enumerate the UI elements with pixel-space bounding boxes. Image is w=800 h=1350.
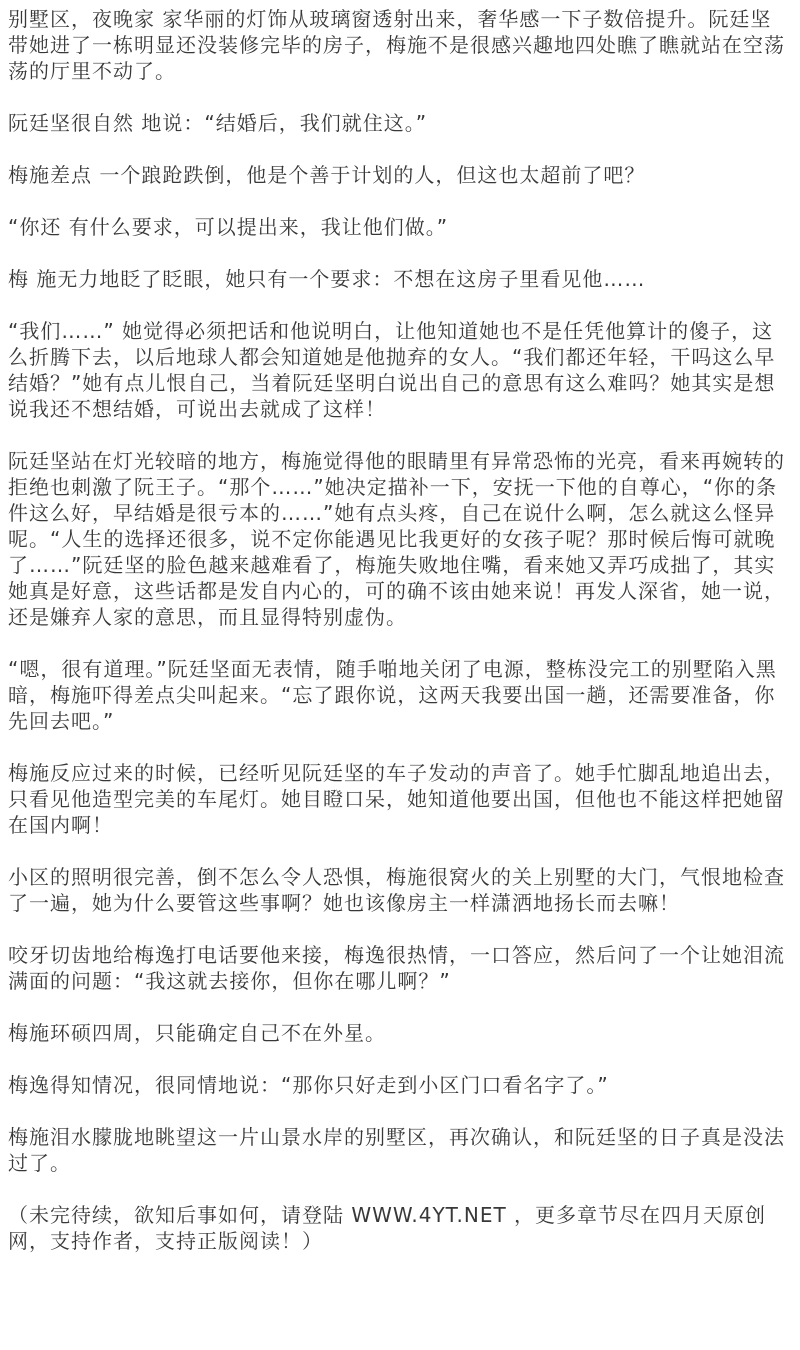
paragraph: 梅施环硕四周，只能确定自己不在外星。	[8, 1020, 790, 1046]
paragraph: 梅逸得知情况，很同情地说：“那你只好走到小区门口看名字了。”	[8, 1072, 790, 1098]
novel-page: 别墅区，夜晚家 家华丽的灯饰从玻璃窗透射出来，奢华感一下子数倍提升。阮廷坚带她进…	[0, 0, 800, 1350]
paragraph: 别墅区，夜晚家 家华丽的灯饰从玻璃窗透射出来，奢华感一下子数倍提升。阮廷坚带她进…	[8, 6, 790, 84]
paragraph: 阮廷坚站在灯光较暗的地方，梅施觉得他的眼睛里有异常恐怖的光亮，看来再婉转的拒绝也…	[8, 448, 790, 630]
paragraph: “我们……” 她觉得必须把话和他说明白，让他知道她也不是任凭他算计的傻子，这么折…	[8, 318, 790, 422]
paragraph: 梅施差点 一个踉跄跌倒，他是个善于计划的人，但这也太超前了吧？	[8, 162, 790, 188]
paragraph: 小区的照明很完善，倒不怎么令人恐惧，梅施很窝火的关上别墅的大门，气恨地检查了一遍…	[8, 864, 790, 916]
paragraph: 咬牙切齿地给梅逸打电话要他来接，梅逸很热情，一口答应，然后问了一个让她泪流满面的…	[8, 942, 790, 994]
paragraph: 梅施反应过来的时候，已经听见阮廷坚的车子发动的声音了。她手忙脚乱地追出去，只看见…	[8, 760, 790, 838]
paragraph: 阮廷坚很自然 地说：“结婚后，我们就住这。”	[8, 110, 790, 136]
paragraph: “嗯，很有道理。”阮廷坚面无表情，随手啪地关闭了电源，整栋没完工的别墅陷入黑暗，…	[8, 656, 790, 734]
paragraph: 梅施泪水朦胧地眺望这一片山景水岸的别墅区，再次确认，和阮廷坚的日子真是没法过了。	[8, 1124, 790, 1176]
paragraph: （未完待续，欲知后事如何，请登陆 WWW.4YT.NET ，更多章节尽在四月天原…	[8, 1202, 790, 1254]
paragraph: 梅 施无力地眨了眨眼，她只有一个要求：不想在这房子里看见他……	[8, 266, 790, 292]
novel-text: 别墅区，夜晚家 家华丽的灯饰从玻璃窗透射出来，奢华感一下子数倍提升。阮廷坚带她进…	[8, 6, 790, 1254]
paragraph: “你还 有什么要求，可以提出来，我让他们做。”	[8, 214, 790, 240]
